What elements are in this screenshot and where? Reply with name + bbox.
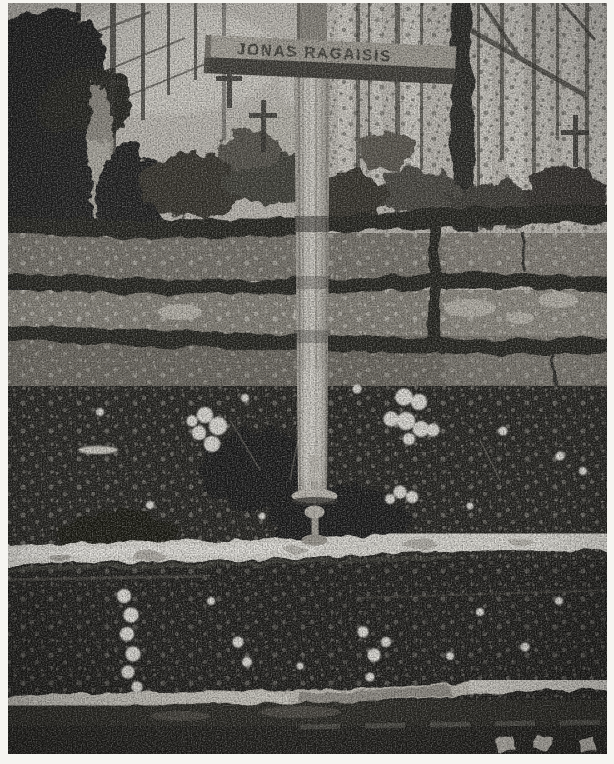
halftone-grain-overlay xyxy=(0,0,614,764)
memorial-photograph: JONAS RAGAISIS xyxy=(0,0,614,764)
scanned-page: JONAS RAGAISIS xyxy=(0,0,614,764)
photo-canvas: JONAS RAGAISIS xyxy=(0,0,614,764)
photo-scene: JONAS RAGAISIS xyxy=(0,0,614,764)
